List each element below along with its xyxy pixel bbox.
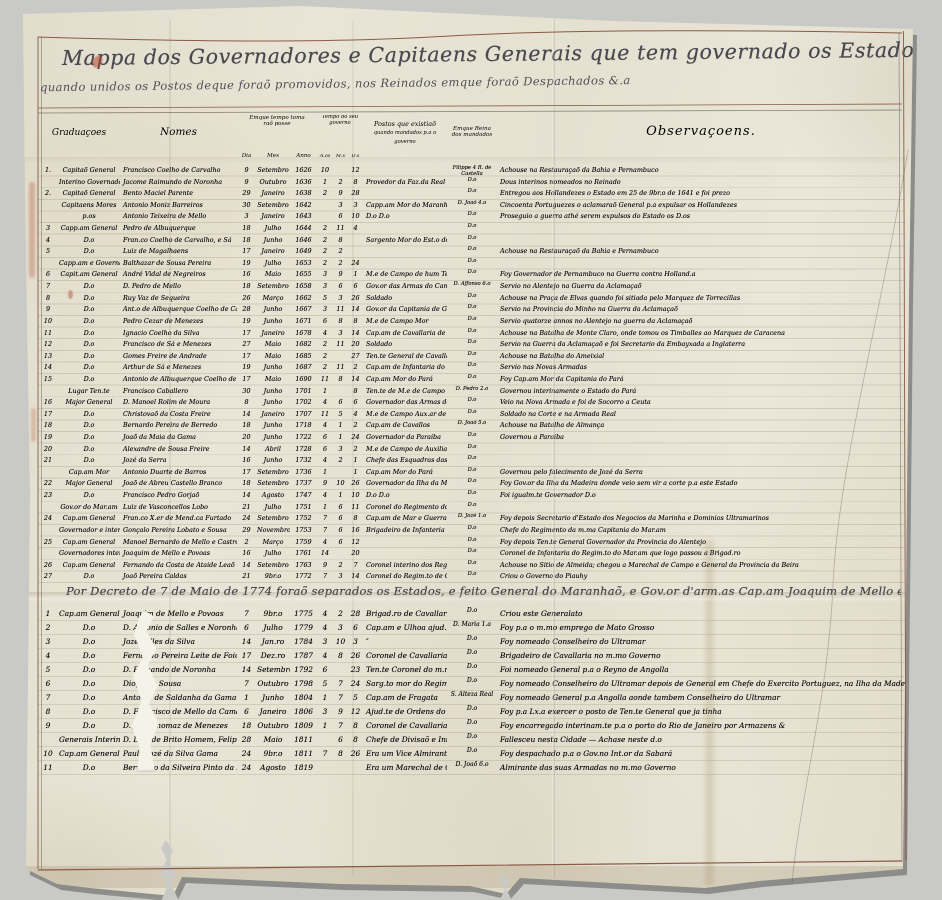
cell-t1: 6 <box>317 432 333 444</box>
cell-o: Achouse na Restauraçaõ da Bahia e Pernam… <box>497 246 905 258</box>
cell-a: 1772 <box>290 571 317 583</box>
cell-t3: 27 <box>348 351 363 363</box>
cell-nome: Bernardo da Silveira Pinto da Fonseca <box>120 761 237 775</box>
cell-t1: 11 <box>317 374 333 386</box>
cell-a: 1784 <box>290 635 317 649</box>
cell-t3: 1 <box>348 269 363 281</box>
cell-p: Provedor da Faz.da Real do M.am <box>363 177 447 189</box>
table-row: 24Cap.am GeneralFran.co X.er de Mend.ca … <box>38 513 905 525</box>
cell-d: 17 <box>237 649 256 663</box>
cell-o <box>497 258 905 270</box>
cell-t2: 9 <box>333 269 348 281</box>
cell-g: D.o <box>58 316 120 328</box>
cell-g: Cap.am General <box>58 747 120 761</box>
cell-a: 1751 <box>290 502 317 514</box>
cell-p: M.e de Campo Aux.ar de Lisboa <box>363 409 447 421</box>
cell-t2: 8 <box>333 649 348 663</box>
cell-o: Foy nomeado Conselheiro do Ultramar depo… <box>497 677 905 691</box>
cell-d: 2 <box>237 537 256 549</box>
cell-a: 1736 <box>290 467 317 479</box>
cell-nome: D. Pedro de Mello <box>120 281 237 293</box>
cell-t2: 1 <box>333 490 348 502</box>
cell-nome: Arthur de Sá e Menezes <box>120 362 237 374</box>
cell-t3: 12 <box>348 705 363 719</box>
cell-t1: 1 <box>317 467 333 479</box>
cell-o <box>497 502 905 514</box>
cell-m: Junho <box>256 304 290 316</box>
cell-g: Cap.am General <box>58 607 120 621</box>
cell-t3: 24 <box>348 432 363 444</box>
cell-n <box>38 502 58 514</box>
cell-t3: 14 <box>348 304 363 316</box>
manuscript-paper: Mappa dos Governadores e Capitaens Gener… <box>0 0 942 900</box>
cell-m: Janeiro <box>256 188 290 200</box>
cell-nome: Jozé Telles da Silva <box>120 635 237 649</box>
cell-m: Março <box>256 537 290 549</box>
cell-r: D.o <box>447 663 497 677</box>
cell-n: 15 <box>38 374 58 386</box>
cell-n: 3 <box>38 223 58 235</box>
cell-m: Agosto <box>256 761 290 775</box>
cell-t2: 11 <box>333 339 348 351</box>
table-row: 9D.oAnt.o de Albuquerque Coelho de Carv.… <box>38 304 905 316</box>
cell-a: 1662 <box>290 293 317 305</box>
table-row: 1.Capitaõ GeneralFrancisco Coelho de Car… <box>38 165 905 177</box>
cell-n: 22 <box>38 478 58 490</box>
cell-g: Governadores interinos <box>58 548 120 560</box>
cell-t1: 1 <box>317 502 333 514</box>
cell-nome: D. Fernando de Noronha <box>120 663 237 677</box>
cell-a: 1638 <box>290 188 317 200</box>
cell-a: 1643 <box>290 211 317 223</box>
cell-t3: 8 <box>348 733 363 747</box>
header-nomes: Nomes <box>120 126 237 138</box>
cell-g: D.o <box>58 235 120 247</box>
cell-t2: 3 <box>333 444 348 456</box>
red-ink-stain <box>29 182 35 278</box>
cell-r: D.o <box>447 374 497 386</box>
column-line <box>256 150 257 867</box>
cell-o: Fallesceu nesta Cidade — Achase neste d.… <box>497 733 905 747</box>
cell-n <box>38 548 58 560</box>
cell-nome: Paulo Jozé da Silva Gama <box>120 747 237 761</box>
cell-o: Servio na Guerra da Aclamaçaõ e foi Secr… <box>497 339 905 351</box>
table-row: 27D.oJoaõ Pereira Caldas219br.o17727314C… <box>38 571 905 583</box>
cell-p: M.e de Campo de Auxiliares <box>363 444 447 456</box>
cell-a: 1682 <box>290 339 317 351</box>
cell-p: Cap.am de Infantaria do Pará <box>363 362 447 374</box>
cell-t3: 5 <box>348 691 363 705</box>
cell-p: Sarg.to mor do Regim.to que servio neste… <box>363 677 447 691</box>
cell-t1: 3 <box>317 269 333 281</box>
table-row: Governadores interinosJoaquim de Mello e… <box>38 548 905 560</box>
cell-d: 17 <box>237 351 256 363</box>
cell-t2: 2 <box>333 455 348 467</box>
table-row: p.osAntonio Teixeira de Mello3Janeiro164… <box>38 211 905 223</box>
cell-nome: Alexandre de Sousa Freire <box>120 444 237 456</box>
cell-d: 21 <box>237 571 256 583</box>
cell-o: Foy encarregado interinam.te p.a o porto… <box>497 719 905 733</box>
cell-g: D.o <box>58 432 120 444</box>
cell-g: D.o <box>58 621 120 635</box>
cell-m: Junho <box>256 691 290 705</box>
cell-r: D.o <box>447 235 497 247</box>
cell-m: Setembro <box>256 165 290 177</box>
cell-t1 <box>317 761 333 775</box>
cell-d: 18 <box>237 478 256 490</box>
table-row: 4D.oFernando Pereira Leite de Foios17Dez… <box>38 649 905 663</box>
cell-m: Setembro <box>256 200 290 212</box>
cell-nome: Gonçalo Pereira Lobato e Sousa <box>120 525 237 537</box>
cell-o: Governou pelo falecimento de Jozé da Ser… <box>497 467 905 479</box>
cell-t3: 6 <box>348 397 363 409</box>
cell-m: Julho <box>256 502 290 514</box>
cell-nome: Joaquim de Mello e Povoas <box>120 607 237 621</box>
cell-d: 14 <box>237 635 256 649</box>
cell-t3: 23 <box>348 663 363 677</box>
cell-n: 24 <box>38 513 58 525</box>
cell-m: Junho <box>256 397 290 409</box>
cell-o: Foy Gov.or da Ilha da Madeira donde veio… <box>497 478 905 490</box>
cell-a: 1644 <box>290 223 317 235</box>
cell-t1: 4 <box>317 537 333 549</box>
cell-t2: 9 <box>333 188 348 200</box>
cell-nome: Pedro Cezar de Menezes <box>120 316 237 328</box>
cell-g: D.o <box>58 351 120 363</box>
cell-g: D.o <box>58 571 120 583</box>
cell-o: Foy Governador de Pernambuco na Guerra c… <box>497 269 905 281</box>
cell-m: 9br.o <box>256 571 290 583</box>
document-title: Mappa dos Governadores e Capitaens Gener… <box>62 38 907 70</box>
cell-g: D.o <box>58 362 120 374</box>
cell-m: Julho <box>256 223 290 235</box>
cell-g: Capit.am General <box>58 269 120 281</box>
cell-nome: Ignacio Coelho da Silva <box>120 328 237 340</box>
cell-t3: 14 <box>348 571 363 583</box>
cell-m: Setembro <box>256 478 290 490</box>
cell-t2: 2 <box>333 607 348 621</box>
cell-m: Junho <box>256 316 290 328</box>
cell-t2: 8 <box>333 235 348 247</box>
cell-o: Achouse na Batalha do Ameixial <box>497 351 905 363</box>
cell-t1: 4 <box>317 328 333 340</box>
cell-d: 17 <box>237 374 256 386</box>
cell-r: D.o <box>447 560 497 572</box>
cell-a: 1787 <box>290 649 317 663</box>
cell-nome: D. Luiz de Brito Homem, Felippe Bermudes… <box>120 733 237 747</box>
cell-g: Cap.am General <box>58 513 120 525</box>
cell-m: Setembro <box>256 663 290 677</box>
cell-t1: 3 <box>317 304 333 316</box>
table-row: Interino GovernadorJacome Raimundo de No… <box>38 177 905 189</box>
table-row: 18D.oBernardo Pereira de Berredo18Junho1… <box>38 420 905 432</box>
cell-m: Janeiro <box>256 211 290 223</box>
cell-o: Soldado na Corte e na Armada Real <box>497 409 905 421</box>
cell-r: D.o <box>447 351 497 363</box>
cell-g: D.o <box>58 663 120 677</box>
cell-p: Governador da Ilha da Mad.ra <box>363 478 447 490</box>
cell-t2: 8 <box>333 747 348 761</box>
cell-d: 3 <box>237 211 256 223</box>
cell-n: 11 <box>38 761 58 775</box>
cell-t1: 2 <box>317 223 333 235</box>
cell-t2: 6 <box>333 525 348 537</box>
cell-g: D.o <box>58 374 120 386</box>
cell-o: Achouse na Restauraçaõ da Bahia e Pernam… <box>497 165 905 177</box>
cell-d: 17 <box>237 467 256 479</box>
cell-r: D.o <box>447 188 497 200</box>
cell-d: 18 <box>237 420 256 432</box>
cell-t1: 6 <box>317 444 333 456</box>
header-sub-dias: D.s <box>348 154 363 159</box>
header-sub-mezes: M.s <box>333 154 348 159</box>
cell-d: 6 <box>237 621 256 635</box>
cell-g: Cap.am Mor <box>58 467 120 479</box>
cell-t1: 14 <box>317 548 333 560</box>
cell-g: Capp.am e Governador <box>58 258 120 270</box>
table-row: 11D.oIgnacio Coelho da Silva17Janeiro167… <box>38 328 905 340</box>
cell-t2 <box>333 386 348 398</box>
cell-r: D. Joaõ 4.o <box>447 200 497 212</box>
cell-g: D.o <box>58 246 120 258</box>
cell-o <box>497 235 905 247</box>
cell-t2: 7 <box>333 719 348 733</box>
cell-t2: 6 <box>333 502 348 514</box>
cell-a: 1658 <box>290 281 317 293</box>
cell-r: D.o <box>447 409 497 421</box>
cell-r: D.o <box>447 571 497 583</box>
table-row: 19D.oJoaõ da Maia da Gama20Junho17226124… <box>38 432 905 444</box>
cell-a: 1809 <box>290 719 317 733</box>
cell-m: Junho <box>256 386 290 398</box>
table-row: 2.Capitaõ GeneralBento Maciel Parente29J… <box>38 188 905 200</box>
cell-a: 1747 <box>290 490 317 502</box>
cell-r: D. Jozé 1.o <box>447 513 497 525</box>
cell-p <box>363 246 447 258</box>
cell-t2: 8 <box>333 316 348 328</box>
cell-p <box>363 223 447 235</box>
cell-a: 1775 <box>290 607 317 621</box>
cell-t1: 3 <box>317 635 333 649</box>
cell-g: Governador e interino <box>58 525 120 537</box>
table-row: 8D.oD. Francisco de Mello da Camara6Jane… <box>38 705 905 719</box>
rows-bottom-section: 1Cap.am GeneralJoaquim de Mello e Povoas… <box>38 607 905 775</box>
cell-t1: 5 <box>317 293 333 305</box>
cell-t3: 2 <box>348 444 363 456</box>
red-ink-stain <box>31 408 36 442</box>
cell-n: 2. <box>38 188 58 200</box>
cell-g: Generais Interinos <box>58 733 120 747</box>
cell-n: 13 <box>38 351 58 363</box>
cell-t2 <box>333 165 348 177</box>
cell-m: Abril <box>256 444 290 456</box>
cell-d: 17 <box>237 246 256 258</box>
cell-t3: 8 <box>348 177 363 189</box>
column-line <box>447 112 448 867</box>
cell-nome: Fran.co Coelho de Carvalho, e Sá <box>120 235 237 247</box>
cell-o: Almirante das suas Armadas no m.mo Gover… <box>497 761 905 775</box>
table-row: 8D.oRuy Vaz de Sequeira26Março16625326So… <box>38 293 905 305</box>
cell-t3: 8 <box>348 386 363 398</box>
cell-d: 16 <box>237 548 256 560</box>
cell-a: 1732 <box>290 455 317 467</box>
cell-p: Cap.am de Mar e Guerra das fragatas del … <box>363 513 447 525</box>
cell-o: Foy p.a o m.mo emprego de Mato Grosso <box>497 621 905 635</box>
cell-p: Ajud.te de Ordens do General Forbes <box>363 705 447 719</box>
cell-r: D.o <box>447 733 497 747</box>
cell-m: Agosto <box>256 490 290 502</box>
cell-g: Capitaens Mores <box>58 200 120 212</box>
cell-g: D.o <box>58 719 120 733</box>
cell-n: 23 <box>38 490 58 502</box>
cell-t1: 2 <box>317 339 333 351</box>
table-row: 7D.oAntonio de Saldanha da Gama1Junho180… <box>38 691 905 705</box>
cell-a: 1753 <box>290 525 317 537</box>
cell-p: Cap.am Mor do Pará <box>363 374 447 386</box>
cell-o: Servio no Alentejo na Guerra da Aclamaça… <box>497 281 905 293</box>
table-row: 14D.oArthur de Sá e Menezes19Junho168721… <box>38 362 905 374</box>
cell-r: D.o <box>447 719 497 733</box>
cell-t1: 7 <box>317 525 333 537</box>
cell-g: D.o <box>58 409 120 421</box>
cell-d: 24 <box>237 761 256 775</box>
column-line <box>348 150 349 867</box>
cell-a: 1678 <box>290 328 317 340</box>
cell-nome: André Vidal de Negreiros <box>120 269 237 281</box>
cell-d: 29 <box>237 188 256 200</box>
cell-a: 1737 <box>290 478 317 490</box>
cell-m: Julho <box>256 621 290 635</box>
table-row: 5D.oLuiz de Magalhaens17Janeiro164922D.o… <box>38 246 905 258</box>
cell-g: Cap.am General <box>58 560 120 572</box>
cell-o: Foy depois Secretario d'Estado dos Negoc… <box>497 513 905 525</box>
cell-r: D.o <box>447 269 497 281</box>
cell-g: D.o <box>58 328 120 340</box>
table-row: Capitaens MoresAntonio Moniz Barreiros30… <box>38 200 905 212</box>
cell-t2: 6 <box>333 733 348 747</box>
cell-d: 29 <box>237 525 256 537</box>
table-row: 17D.oChristovaõ da Costa Freire14Janeiro… <box>38 409 905 421</box>
cell-g: D.o <box>58 649 120 663</box>
cell-p <box>363 537 447 549</box>
header-sub-anno: Anno <box>290 153 317 159</box>
cell-o: Criou o Governo do Piauhy <box>497 571 905 583</box>
cell-m: Maio <box>256 269 290 281</box>
cell-o: Foy Cap.am Mor da Capitania do Pará <box>497 374 905 386</box>
cell-r: D.o <box>447 362 497 374</box>
cell-d: 19 <box>237 258 256 270</box>
table-row: 15D.oAntonio de Albuquerque Coelho de Ca… <box>38 374 905 386</box>
cell-d: 17 <box>237 328 256 340</box>
column-line <box>497 112 498 867</box>
cell-t2: 10 <box>333 635 348 649</box>
table-row: 4D.oFran.co Coelho de Carvalho, e Sá18Ju… <box>38 235 905 247</box>
cell-d: 27 <box>237 339 256 351</box>
cell-g: Interino Governador <box>58 177 120 189</box>
cell-t2: 6 <box>333 537 348 549</box>
cell-n: 12 <box>38 339 58 351</box>
cell-t3 <box>348 235 363 247</box>
cell-t1: 1 <box>317 719 333 733</box>
cell-n <box>38 177 58 189</box>
cell-n: 20 <box>38 444 58 456</box>
cell-nome: Francisco de Sá e Menezes <box>120 339 237 351</box>
cell-nome: Bento Maciel Parente <box>120 188 237 200</box>
cell-a: 1667 <box>290 304 317 316</box>
cell-d: 21 <box>237 502 256 514</box>
cell-t3: 16 <box>348 525 363 537</box>
cell-r: D.o <box>447 211 497 223</box>
cell-m: 9br.o <box>256 607 290 621</box>
cell-a: 1779 <box>290 621 317 635</box>
cell-o: Criou este Generalato <box>497 607 905 621</box>
cell-t1: 2 <box>317 188 333 200</box>
cell-t3: 12 <box>348 537 363 549</box>
cell-m: Junho <box>256 420 290 432</box>
cell-t3: 14 <box>348 328 363 340</box>
cell-nome: Antonio de Albuquerque Coelho de Carv.o <box>120 374 237 386</box>
cell-p: Era um Marechal de Campo do Ex.to Real <box>363 761 447 775</box>
cell-r: D.o <box>447 649 497 663</box>
cell-o: Coronel de Infantaria do Regim.to do Mar… <box>497 548 905 560</box>
column-line <box>363 112 364 867</box>
cell-d: 14 <box>237 560 256 572</box>
cell-t1: 9 <box>317 560 333 572</box>
cell-o: Achouse na Batalha de Almança <box>497 420 905 432</box>
column-line <box>120 112 121 867</box>
cell-p: Brigad.ro de Cavallaria e Gov.or deste E… <box>363 607 447 621</box>
cell-n <box>38 733 58 747</box>
cell-t1: 4 <box>317 420 333 432</box>
cell-d: 28 <box>237 304 256 316</box>
cell-n: 9 <box>38 304 58 316</box>
cell-t2: 6 <box>333 211 348 223</box>
table-row: 20D.oAlexandre de Sousa Freire14Abril172… <box>38 444 905 456</box>
cell-nome: Christovaõ da Costa Freire <box>120 409 237 421</box>
cell-n: 6 <box>38 677 58 691</box>
header-sub-mes: Mes <box>256 153 290 159</box>
cell-a: 1701 <box>290 386 317 398</box>
cell-a: 1759 <box>290 537 317 549</box>
cell-m: Março <box>256 293 290 305</box>
cell-m: Setembro <box>256 467 290 479</box>
cell-nome: Joaõ de Abreu Castello Branco <box>120 478 237 490</box>
cell-d: 24 <box>237 747 256 761</box>
cell-t2: 5 <box>333 409 348 421</box>
cell-a: 1752 <box>290 513 317 525</box>
cell-t3: 26 <box>348 747 363 761</box>
cell-n: 14 <box>38 362 58 374</box>
table-row: 1Cap.am GeneralJoaquim de Mello e Povoas… <box>38 607 905 621</box>
cell-p: Gov.or da Capitania de Gurupá <box>363 304 447 316</box>
cell-m: Julho <box>256 548 290 560</box>
cell-o: Brigadeiro de Cavallaria no m.mo Governo <box>497 649 905 663</box>
table-row: 26Cap.am GeneralFernando da Costa de Ata… <box>38 560 905 572</box>
cell-nome: Joaõ da Maia da Gama <box>120 432 237 444</box>
table-row: 10D.oPedro Cezar de Menezes19Junho167168… <box>38 316 905 328</box>
cell-g: Gov.or do Mar.am <box>58 502 120 514</box>
table-row: 6D.oDiogo de Sousa7Outubro17985724Sarg.t… <box>38 677 905 691</box>
cell-t1 <box>317 733 333 747</box>
cell-n: 17 <box>38 409 58 421</box>
cell-n: 26 <box>38 560 58 572</box>
cell-r: D.o <box>447 293 497 305</box>
table-row: Capp.am e GovernadorBalthazar de Sousa P… <box>38 258 905 270</box>
cell-t1: 1 <box>317 386 333 398</box>
cell-t2 <box>333 467 348 479</box>
cell-r: D.o <box>447 635 497 649</box>
cell-t2: 3 <box>333 293 348 305</box>
